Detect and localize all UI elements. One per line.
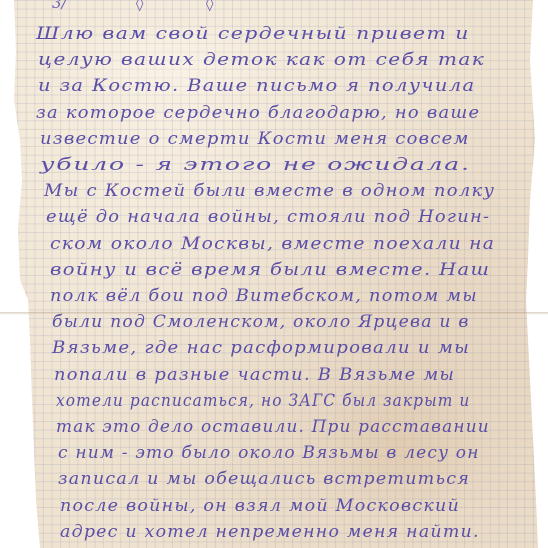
letter-text: 3/ ◊ ◊ Шлю вам свой сердечный привет ице… xyxy=(0,0,548,548)
letter-line: ском около Москвы, вместе поехали на xyxy=(50,234,495,254)
letter-line: записал и мы обещались встретиться xyxy=(58,469,470,489)
top-fragment: 3/ xyxy=(52,0,67,12)
letter-line: после войны, он взял мой Московский xyxy=(60,496,460,516)
top-fragment: ◊ xyxy=(136,0,143,12)
letter-line: были под Смоленском, около Ярцева и в xyxy=(52,312,470,332)
letter-line: Вязьме, где нас расформировали и мы xyxy=(52,338,470,358)
letter-line: ещё до начала войны, стояли под Ногин- xyxy=(46,207,490,227)
letter-line: за которое сердечно благодарю, но ваше xyxy=(36,103,480,123)
letter-line: и за Костю. Ваше письмо я получила xyxy=(38,76,475,96)
top-fragment: ◊ xyxy=(206,0,213,12)
letter-line: целую ваших деток как от себя так xyxy=(38,50,485,70)
letter-line: с ним - это было около Вязьмы в лесу он xyxy=(58,443,480,463)
letter-line: так это дело оставили. При расставании xyxy=(56,417,490,437)
letter-line: хотели расписаться, но ЗАГС был закрыт и xyxy=(56,391,470,411)
letter-line: адрес и хотел непременно меня найти. xyxy=(60,522,480,542)
letter-line: убило - я этого не ожидала. xyxy=(40,155,471,175)
letter-line: попали в разные части. В Вязьме мы xyxy=(54,365,455,385)
letter-line: войну и всё время были вместе. Наш xyxy=(50,260,490,280)
letter-line: Мы с Костей были вместе в одном полку xyxy=(44,181,495,201)
letter-line: Шлю вам свой сердечный привет и xyxy=(36,24,470,44)
letter-line: полк вёл бои под Витебском, потом мы xyxy=(50,286,478,306)
letter-line: известие о смерти Кости меня совсем xyxy=(40,129,470,149)
